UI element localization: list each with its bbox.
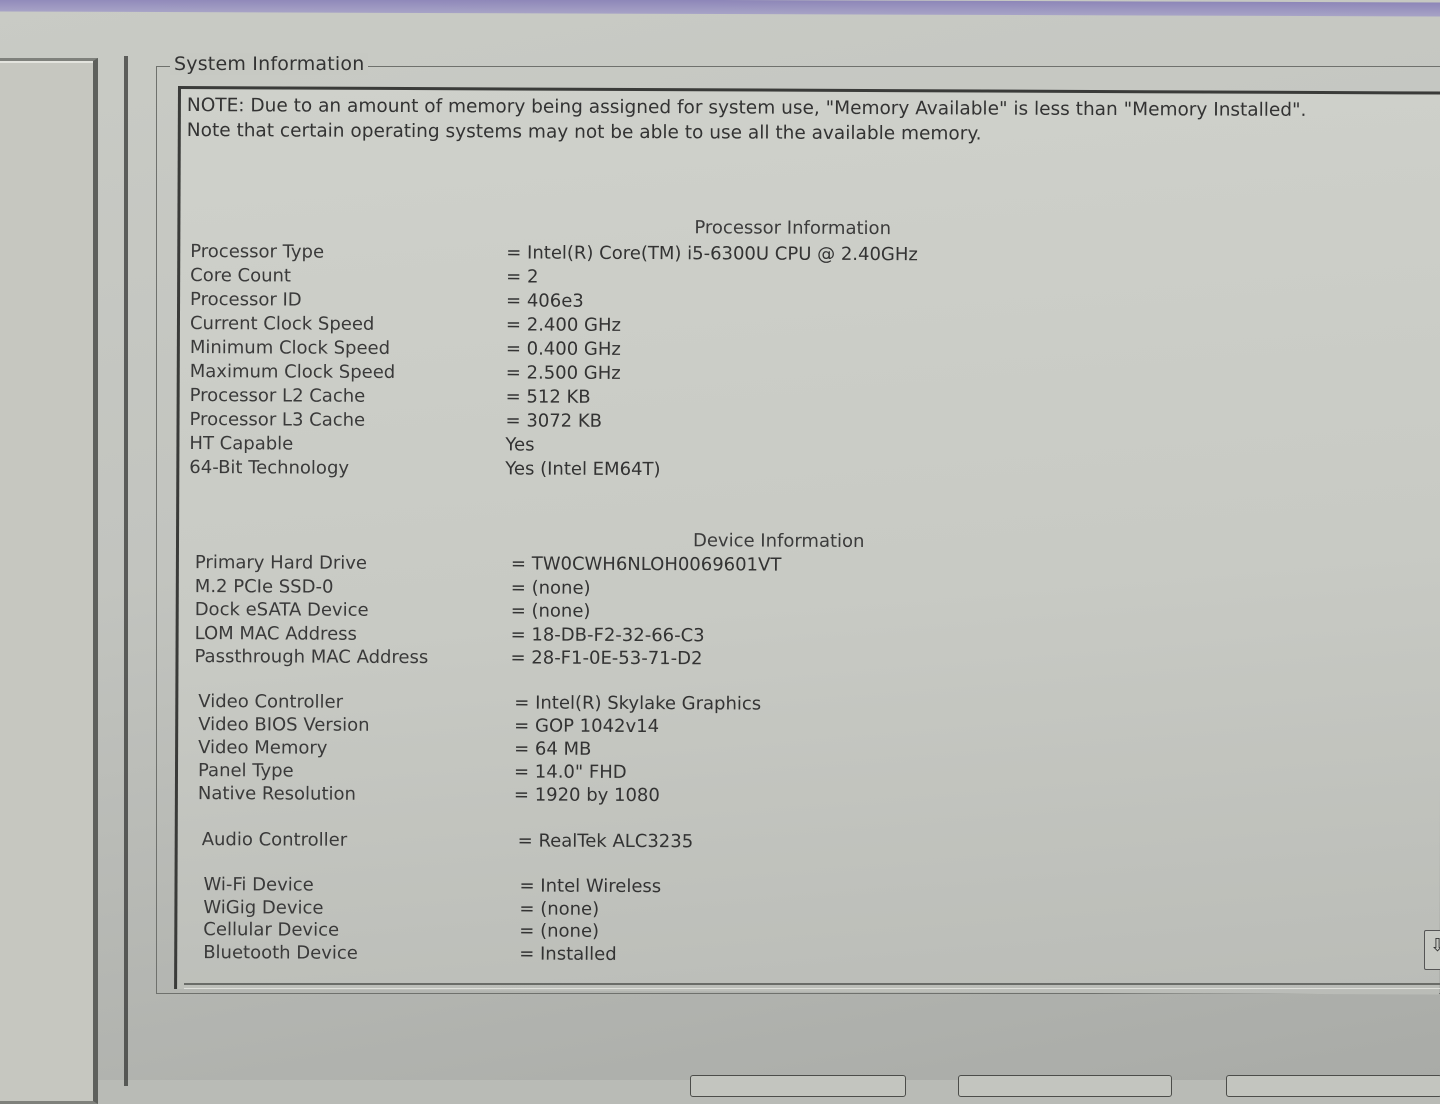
panel-bottom-highlight	[184, 988, 1440, 989]
pane-divider	[124, 56, 128, 1080]
info-value: = 18-DB-F2-32-66-C3	[511, 624, 705, 646]
processor-info-heading: Processor Information	[694, 217, 891, 239]
info-label: Passthrough MAC Address	[194, 646, 428, 668]
info-label: Audio Controller	[202, 829, 348, 851]
info-value: = (none)	[519, 920, 599, 941]
info-label: Panel Type	[198, 760, 294, 781]
system-information-panel: NOTE: Due to an amount of memory being a…	[174, 86, 1440, 995]
info-value: = 2.500 GHz	[506, 362, 621, 384]
info-value: = RealTek ALC3235	[518, 830, 694, 852]
title-bar	[0, 0, 1440, 17]
footer-button-2[interactable]	[958, 1075, 1172, 1080]
info-label: Video BIOS Version	[198, 714, 369, 736]
info-label: Minimum Clock Speed	[190, 337, 390, 359]
arrow-down-icon: ⇩	[1430, 937, 1440, 955]
info-value: = GOP 1042v14	[514, 715, 659, 737]
settings-tree-pane[interactable]	[0, 58, 98, 1080]
info-label: Processor L2 Cache	[190, 385, 366, 407]
info-label: Primary Hard Drive	[195, 552, 367, 574]
info-value: = 64 MB	[514, 738, 591, 759]
info-value: = Intel(R) Skylake Graphics	[514, 692, 761, 714]
info-value: = Intel Wireless	[519, 875, 661, 897]
info-label: HT Capable	[189, 433, 293, 454]
info-label: Native Resolution	[198, 783, 356, 805]
info-label: Video Memory	[198, 737, 327, 759]
panel-bottom-border	[184, 983, 1440, 985]
info-label: Cellular Device	[203, 919, 339, 941]
info-label: Processor ID	[190, 289, 302, 310]
info-value: = 512 KB	[506, 386, 591, 407]
info-value: = 2	[506, 266, 538, 287]
info-value: = 1920 by 1080	[514, 784, 660, 806]
info-label: Current Clock Speed	[190, 313, 374, 335]
device-info-heading: Device Information	[693, 530, 865, 552]
info-label: Processor L3 Cache	[189, 409, 365, 431]
group-title: System Information	[170, 53, 368, 75]
info-label: Maximum Clock Speed	[190, 361, 396, 383]
info-value: = 2.400 GHz	[506, 314, 621, 336]
info-value: Yes (Intel EM64T)	[505, 458, 660, 480]
info-value: = Installed	[519, 943, 617, 964]
info-label: Core Count	[190, 265, 291, 286]
info-value: = 3072 KB	[505, 410, 602, 431]
info-label: Bluetooth Device	[203, 942, 358, 964]
info-label: 64-Bit Technology	[189, 457, 349, 479]
info-value: = (none)	[519, 898, 599, 919]
info-label: M.2 PCIe SSD-0	[195, 576, 334, 598]
footer-button-3[interactable]	[1226, 1075, 1440, 1080]
info-value: = 14.0" FHD	[514, 761, 627, 782]
info-label: WiGig Device	[203, 897, 323, 919]
info-value: = 0.400 GHz	[506, 338, 621, 360]
info-label: LOM MAC Address	[195, 623, 357, 645]
info-value: Yes	[505, 434, 534, 455]
scroll-down-button[interactable]: ⇩	[1424, 930, 1440, 970]
memory-note: NOTE: Due to an amount of memory being a…	[187, 93, 1307, 148]
info-value: = 28-F1-0E-53-71-D2	[510, 647, 702, 669]
info-label: Wi-Fi Device	[203, 874, 313, 895]
info-label: Dock eSATA Device	[195, 599, 369, 621]
info-label: Processor Type	[190, 241, 324, 263]
info-label: Video Controller	[198, 691, 343, 713]
footer-button-1[interactable]	[690, 1075, 906, 1080]
info-value: = Intel(R) Core(TM) i5-6300U CPU @ 2.40G…	[506, 242, 918, 265]
bios-screen: System Information NOTE: Due to an amoun…	[0, 0, 1440, 1080]
info-value: = TW0CWH6NLOH0069601VT	[511, 553, 782, 575]
info-value: = (none)	[511, 577, 591, 598]
info-value: = 406e3	[506, 290, 584, 311]
info-value: = (none)	[511, 600, 591, 621]
